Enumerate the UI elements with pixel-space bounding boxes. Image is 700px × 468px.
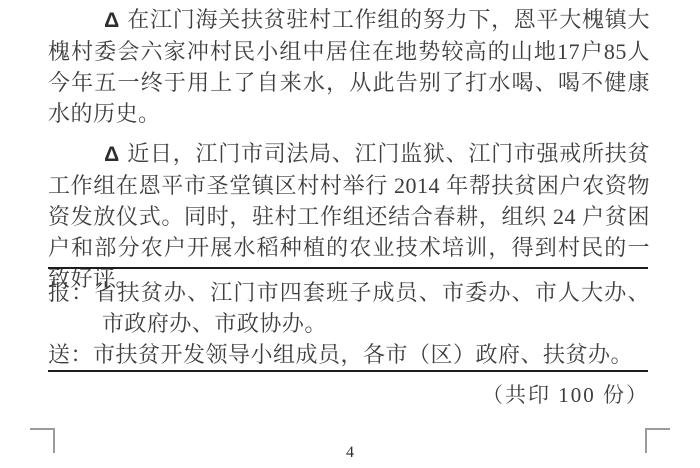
distribution-rule-bottom <box>48 370 648 372</box>
print-count-note: （共印 100 份） <box>48 379 649 409</box>
triangle-marker-icon: Δ <box>104 143 120 166</box>
distribution-block: 报：省扶贫办、江门市四套班子成员、市委办、市人大办、市政府办、市政协办。 送：市… <box>48 277 650 370</box>
distribution-label: 报： <box>48 280 94 305</box>
body-text-block: Δ在江门海关扶贫驻村工作组的努力下，恩平大槐镇大槐村委会六家冲村民小组中居住在地… <box>48 4 650 294</box>
distribution-item-bao: 报：省扶贫办、江门市四套班子成员、市委办、市人大办、市政府办、市政协办。 <box>48 277 650 339</box>
distribution-text: 市扶贫开发领导小组成员，各市（区）政府、扶贫办。 <box>93 342 633 367</box>
document-page: Δ在江门海关扶贫驻村工作组的努力下，恩平大槐镇大槐村委会六家冲村民小组中居住在地… <box>0 0 700 468</box>
body-paragraph: Δ在江门海关扶贫驻村工作组的努力下，恩平大槐镇大槐村委会六家冲村民小组中居住在地… <box>48 4 650 129</box>
distribution-rule-top <box>48 267 648 269</box>
distribution-label: 送： <box>48 342 93 367</box>
page-number: 4 <box>0 444 700 462</box>
distribution-item-song: 送：市扶贫开发领导小组成员，各市（区）政府、扶贫办。 <box>48 339 650 370</box>
triangle-marker-icon: Δ <box>104 9 120 32</box>
paragraph-text: 在江门海关扶贫驻村工作组的努力下，恩平大槐镇大槐村委会六家冲村民小组中居住在地势… <box>48 7 650 126</box>
distribution-text: 省扶贫办、江门市四套班子成员、市委办、市人大办、市政府办、市政协办。 <box>94 280 650 336</box>
body-paragraph: Δ近日，江门市司法局、江门监狱、江门市强戒所扶贫工作组在恩平市圣堂镇区村村举行 … <box>48 138 650 294</box>
